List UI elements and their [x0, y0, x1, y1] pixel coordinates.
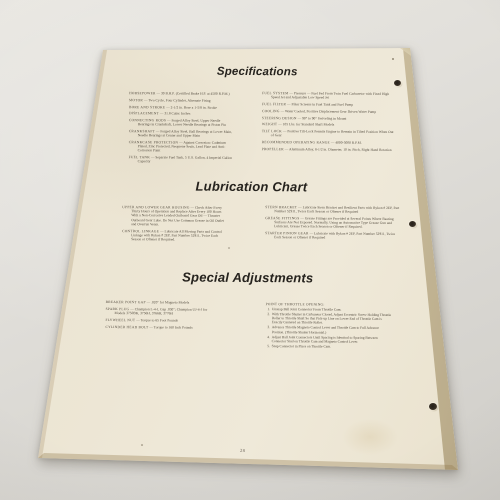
spec-entry: CRANKSHAFT — Forged Alloy Steel, Ball Be… [129, 129, 234, 138]
throttle-step: 4.Adjust Ball Joint Connectors Until Spa… [265, 335, 391, 344]
spec-text: — 2-1/2 in. Bore x 1-5/8 in. Stroke [166, 105, 217, 109]
step-number: 4. [265, 335, 270, 343]
step-number: 3. [265, 325, 270, 333]
spec-entry: COOLING — Water Cooled, Positive Displac… [262, 109, 396, 114]
step-number: 2. [265, 312, 270, 325]
specifications-left-column: HORSEPOWER — 30 B.H.P. (Certified Brake … [129, 91, 235, 167]
photo-background: Specifications HORSEPOWER — 30 B.H.P. (C… [0, 0, 500, 500]
lubrication-entry: CONTROL LINKAGE — Lubricate All Moving P… [122, 229, 226, 242]
spec-entry: TILT LOCK — Positive Tilt-Lock Permits E… [262, 129, 396, 138]
spec-text: — 30 B.H.P. (Certified Brake H.P. at 450… [157, 91, 230, 96]
adjustment-entry: CYLINDER HEAD BOLT — Torque to 160 Inch … [105, 325, 217, 330]
page-number: 28 [231, 448, 255, 453]
spec-entry: RECOMMENDED OPERATING RANGE — 4000-5000 … [262, 140, 396, 145]
lubrication-entry: STERN BRACKET — Lubricate Stern Bracket … [265, 205, 399, 214]
spec-term: PROPELLER [262, 147, 284, 151]
spec-term: RECOMMENDED OPERATING RANGE [262, 140, 330, 144]
section-title-specifications: Specifications [177, 65, 337, 78]
spec-entry: MOTOR — Two Cycle, Four Cylinder, Altern… [129, 98, 234, 103]
section-title-special-adjustments: Special Adjustments [166, 269, 330, 285]
spec-text: — Two Cycle, Four Cylinder, Alternate Fi… [144, 98, 211, 102]
spec-entry: FUEL SYSTEM — Pressure — Fuel Fed From T… [262, 91, 396, 100]
spec-term: COOLING [262, 109, 280, 113]
adjustment-term: CYLINDER HEAD BOLT [105, 325, 148, 329]
adjustment-term: FLYWHEEL NUT [105, 318, 135, 322]
adjustment-text: — Torque to 65 Foot Pounds [136, 318, 178, 322]
adjustment-term: BREAKER POINT GAP [106, 300, 146, 304]
throttle-opening-steps: 1.Unsnap Ball Joint Connector From Throt… [265, 307, 391, 349]
spec-entry: CONNECTING RODS — Forged Alloy Steel, Up… [129, 118, 234, 127]
step-number: 5. [265, 344, 270, 348]
spec-text: — Pressure — Fuel Fed From Twin Fuel Car… [271, 91, 389, 99]
lubrication-entry: STARTER PINION GEAR — Lubricate with Ryk… [265, 231, 399, 240]
spec-term: MOTOR [129, 98, 143, 102]
throttle-step: 3.Advance Throttle Magneto Control Lever… [265, 325, 391, 334]
adjustments-left-column: BREAKER POINT GAP — .020" for Magneto Mo… [105, 300, 217, 332]
adjustment-text: — Torque to 160 Inch Pounds [149, 325, 192, 329]
spec-text: — Separate Fuel Tank, 5 U.S. Gallon, 4 I… [138, 156, 232, 164]
spec-term: BORE AND STROKE [129, 105, 165, 109]
spec-term: HORSEPOWER [129, 91, 156, 95]
lubrication-left-column: UPPER AND LOWER GEAR HOUSING — Check Aft… [122, 205, 226, 244]
lubrication-right-column: STERN BRACKET — Lubricate Stern Bracket … [265, 205, 399, 243]
adjustment-entry: FLYWHEEL NUT — Torque to 65 Foot Pounds [105, 318, 217, 323]
spec-entry: BORE AND STROKE — 2-1/2 in. Bore x 1-5/8… [129, 105, 234, 110]
spec-entry: WEIGHT — 105 Lbs. for Standard Shaft Mod… [262, 122, 396, 127]
spec-entry: FUEL TANK — Separate Fuel Tank, 5 U.S. G… [129, 155, 234, 164]
spec-term: FUEL FILTER [262, 102, 286, 106]
spec-text: — 90° to 90° Swiveling in Mount [298, 116, 347, 120]
spec-entry: DISPLACEMENT — 31.8 Cubic Inches [129, 111, 234, 116]
spec-entry: CRANKCASE PROTECTION — Against Corrosion… [129, 140, 234, 153]
adjustment-entry: SPARK PLUG — Champion L-4-J, Gap .030"; … [106, 307, 218, 316]
spec-entry: HORSEPOWER — 30 B.H.P. (Certified Brake … [129, 91, 234, 96]
step-text: Advance Throttle Magneto Control Lever a… [272, 325, 392, 334]
spec-text: — 105 Lbs. for Standard Shaft Models [278, 123, 334, 127]
spec-entry: STEERING DESIGN — 90° to 90° Swiveling i… [262, 116, 396, 121]
step-text: With Throttle Shutter in Carburetor Clos… [272, 312, 392, 325]
adjustment-entry: BREAKER POINT GAP — .020" for Magneto Mo… [106, 300, 218, 305]
spec-text: — 4000-5000 R.P.M. [331, 141, 362, 145]
spec-term: DISPLACEMENT [129, 111, 159, 115]
spec-entry: FUEL FILTER — Filter Screens in Fuel Tan… [262, 102, 396, 107]
step-text: Snap Connector in Place on Throttle Cam. [272, 344, 392, 349]
specifications-right-column: FUEL SYSTEM — Pressure — Fuel Fed From T… [262, 91, 396, 155]
spec-text: — Filter Screens in Fuel Tank and Fuel P… [287, 102, 353, 106]
spec-text: — Positive Tilt-Lock Permits Engine to R… [271, 129, 394, 137]
lubrication-entry: GREASE FITTINGS — Grease Fittings are Pr… [265, 216, 399, 229]
page-content: Specifications HORSEPOWER — 30 B.H.P. (C… [0, 0, 500, 500]
spec-term: WEIGHT [262, 122, 278, 126]
spec-entry: PROPELLER — Aluminum Alloy, 8-1/2 in. Di… [262, 147, 396, 152]
spec-text: — 31.8 Cubic Inches [160, 112, 191, 116]
adjustment-text: — .020" for Magneto Models [147, 300, 190, 304]
manual-page: Specifications HORSEPOWER — 30 B.H.P. (C… [0, 0, 500, 500]
throttle-step: 5.Snap Connector in Place on Throttle Ca… [265, 344, 391, 349]
spec-text: — Water Cooled, Positive Displacement Ge… [281, 109, 377, 114]
section-title-lubrication-chart: Lubrication Chart [170, 178, 332, 194]
spec-text: — Aluminum Alloy, 8-1/2 in. Diameter, 10… [285, 147, 392, 152]
step-text: Adjust Ball Joint Connectors Until Spaci… [272, 335, 392, 344]
paper-sheet: Specifications HORSEPOWER — 30 B.H.P. (C… [0, 0, 500, 500]
adjustments-right-column: POINT OF THROTTLE OPENING: 1.Unsnap Ball… [265, 302, 391, 350]
step-number: 1. [266, 307, 271, 311]
lubrication-entry: UPPER AND LOWER GEAR HOUSING — Check Aft… [122, 205, 226, 227]
throttle-step: 2.With Throttle Shutter in Carburetor Cl… [265, 312, 391, 325]
spec-term: STEERING DESIGN [262, 116, 297, 120]
